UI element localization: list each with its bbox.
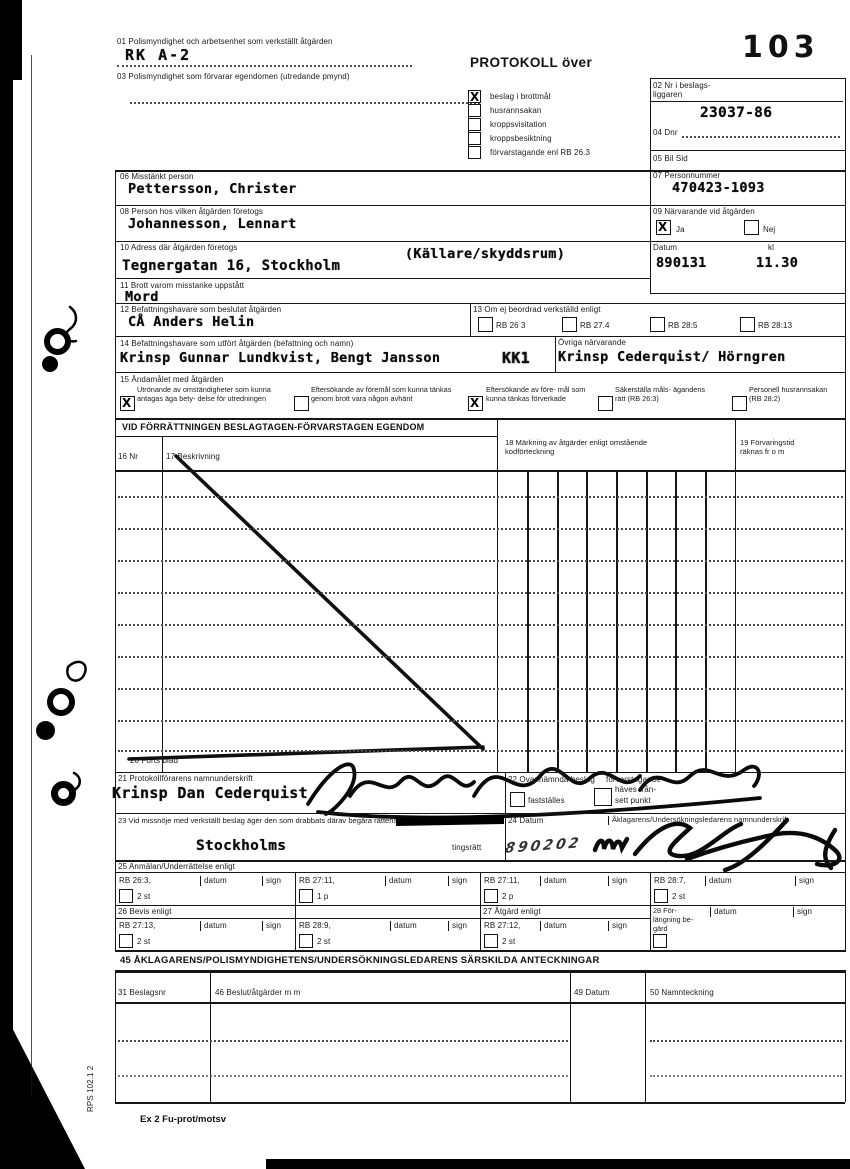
seizure-table-title: VID FÖRRÄTTNINGEN BESLAGTAGEN-FÖRVARSTAG… bbox=[122, 422, 424, 432]
kl-label: kl bbox=[768, 243, 774, 253]
field-02-value: 23037-86 bbox=[700, 105, 772, 121]
field-22-label2: förvarstagande bbox=[606, 775, 661, 785]
count-label: 2 p bbox=[502, 892, 513, 902]
field-07-value: 470423-1093 bbox=[672, 180, 765, 196]
checkbox-25-4 bbox=[654, 889, 668, 903]
field-10-value: Tegnergatan 16, Stockholm bbox=[122, 258, 340, 274]
dotted-rule bbox=[130, 102, 480, 104]
field-26-label: 26 Bevis enligt bbox=[118, 907, 172, 917]
scanned-police-protocol: 103 01 Polismyndighet och arbetsenhet so… bbox=[0, 0, 850, 1169]
rb-cell-label: RB 27:12, bbox=[484, 921, 520, 931]
rb-cell-label: RB 28:7, bbox=[654, 876, 686, 886]
field-04-label: 04 Dnr bbox=[653, 128, 678, 138]
rb-cell-label: RB 28:9, bbox=[299, 921, 331, 931]
datum-col-label: datum bbox=[710, 907, 737, 917]
checkbox-kroppsbesiktning bbox=[468, 132, 481, 145]
datum-col-label: datum bbox=[200, 876, 227, 886]
haves-label-2: sett punkt bbox=[615, 796, 651, 806]
col31-header: 31 Beslagsnr bbox=[118, 988, 166, 998]
field-14-value: Krinsp Gunnar Lundkvist, Bengt Jansson bbox=[120, 350, 440, 366]
checkbox-27 bbox=[484, 934, 498, 948]
nej-label: Nej bbox=[763, 225, 775, 235]
checkmark: X bbox=[122, 396, 131, 410]
col50-header: 50 Namnteckning bbox=[650, 988, 714, 998]
field-14-label: 14 Befattningshavare som utfört åtgärden… bbox=[120, 339, 353, 349]
checkbox-28 bbox=[653, 934, 667, 948]
field-10-note: (Källare/skyddsrum) bbox=[405, 246, 565, 262]
rb-cell-label: RB 26:3, bbox=[119, 876, 151, 886]
field-12-value: CÅ Anders Helin bbox=[128, 314, 254, 330]
col49-header: 49 Datum bbox=[574, 988, 609, 998]
checklist-item: husrannsakan bbox=[490, 106, 541, 116]
checkmark: X bbox=[470, 90, 479, 104]
field-01-value: RK A-2 bbox=[125, 46, 191, 64]
haves-label-1: häves från- bbox=[615, 785, 656, 795]
field-21-value: Krinsp Dan Cederquist bbox=[112, 784, 308, 802]
datum-col-label: datum bbox=[540, 921, 567, 931]
rb-option: RB 28:5 bbox=[668, 321, 698, 331]
sign-col-label: sign bbox=[795, 876, 814, 886]
rb-cell-label: RB 27:11, bbox=[484, 876, 520, 886]
checkbox-forvarstagande bbox=[468, 146, 481, 159]
count-label: 1 p bbox=[317, 892, 328, 902]
dotted-rule bbox=[682, 136, 840, 138]
purpose-option: Utrönande av omständigheter som kunna an… bbox=[137, 385, 285, 403]
checklist-item: kroppsvisitation bbox=[490, 120, 547, 130]
checklist-item: förvarstagande enl RB 26.3 bbox=[490, 148, 590, 158]
count-label: 2 st bbox=[672, 892, 685, 902]
count-label: 2 st bbox=[137, 937, 150, 947]
checkbox-purpose-4 bbox=[598, 396, 613, 411]
others-label: Övriga närvarande bbox=[558, 338, 626, 348]
purpose-option: Eftersökande av före- mål som kunna tänk… bbox=[486, 385, 586, 403]
rb-cell-label: RB 27:11, bbox=[299, 876, 335, 886]
margin-scribbles bbox=[40, 295, 100, 815]
field-08-value: Johannesson, Lennart bbox=[128, 216, 297, 232]
datum-col-label: datum bbox=[200, 921, 227, 931]
sign-col-label: sign bbox=[262, 876, 281, 886]
checkbox-25-2 bbox=[299, 889, 313, 903]
kl-value: 11.30 bbox=[756, 255, 798, 271]
field-21-label: 21 Protokollförarens namnunderskrift bbox=[118, 774, 253, 784]
others-value: Krinsp Cederquist/ Hörngren bbox=[558, 349, 786, 365]
datum-label: Datum bbox=[653, 243, 677, 253]
checkmark: X bbox=[470, 396, 479, 410]
sign-col-label: sign bbox=[608, 921, 627, 931]
checkbox-husrannsakan bbox=[468, 104, 481, 117]
copy-label: Ex 2 Fu-prot/motsv bbox=[140, 1114, 226, 1125]
datum-col-label: datum bbox=[385, 876, 412, 886]
form-code: RPS 102.1 2 bbox=[86, 1066, 96, 1112]
datum-col-label: datum bbox=[705, 876, 732, 886]
rb-option: RB 26 3 bbox=[496, 321, 526, 331]
checkbox-25-3 bbox=[484, 889, 498, 903]
crossout-lines bbox=[112, 438, 532, 778]
field-45-heading: 45 ÅKLAGARENS/POLISMYNDIGHETENS/UNDERSÖK… bbox=[120, 955, 600, 966]
field-05-label: 05 Bil Sid bbox=[653, 154, 688, 164]
checkbox-nej bbox=[744, 220, 759, 235]
sign-col-label: sign bbox=[793, 907, 812, 917]
sign-col-label: sign bbox=[262, 921, 281, 931]
signature-aklagare bbox=[535, 812, 850, 872]
protokoll-title: PROTOKOLL över bbox=[470, 55, 592, 70]
checkbox-purpose-5 bbox=[732, 396, 747, 411]
sign-col-label: sign bbox=[448, 921, 467, 931]
datum-col-label: datum bbox=[540, 876, 567, 886]
field-28-label: 28 För- längning be- gärd bbox=[653, 906, 701, 933]
count-label: 2 st bbox=[502, 937, 515, 947]
checkbox-kroppsvisitation bbox=[468, 118, 481, 131]
sign-col-label: sign bbox=[608, 876, 627, 886]
checkbox-26-1 bbox=[119, 934, 133, 948]
checkbox-faststalles bbox=[510, 792, 525, 807]
count-label: 2 st bbox=[137, 892, 150, 902]
rb-option: RB 28:13 bbox=[758, 321, 792, 331]
field-03-label: 03 Polismyndighet som förvarar egendomen… bbox=[117, 72, 350, 82]
faststalles-label: fastställes bbox=[528, 796, 565, 806]
tingsratt-label: tingsrätt bbox=[452, 843, 481, 853]
purpose-option: Säkerställa måls- ägandens rätt (RB 26:3… bbox=[615, 385, 707, 403]
field-22-label: 22 Ovannämnda beslag bbox=[508, 775, 595, 785]
field-10-label: 10 Adress där åtgärden företogs bbox=[120, 243, 237, 253]
field-15-label: 15 Ändamålet med åtgärden bbox=[120, 375, 223, 385]
checkmark: X bbox=[658, 220, 667, 234]
checkbox-rb274 bbox=[562, 317, 577, 332]
purpose-option: Eftersökande av föremål som kunna tänkas… bbox=[311, 385, 453, 403]
field-23-value: Stockholms bbox=[196, 838, 286, 854]
redaction-bar bbox=[396, 815, 504, 826]
rb-cell-label: RB 27:13, bbox=[119, 921, 155, 931]
field-06-value: Pettersson, Christer bbox=[128, 181, 297, 197]
datum-value: 890131 bbox=[656, 255, 707, 271]
checklist-item: beslag i brottmål bbox=[490, 92, 550, 102]
field-14-extra: KK1 bbox=[502, 349, 530, 367]
checkbox-rb2813 bbox=[740, 317, 755, 332]
datum-col-label: datum bbox=[390, 921, 417, 931]
field-27-label: 27 Åtgärd enligt bbox=[483, 907, 541, 917]
col19-header: 19 Förvaringstid räknas fr o m bbox=[740, 438, 812, 457]
dotted-rule bbox=[117, 65, 412, 67]
rb-option: RB 27.4 bbox=[580, 321, 610, 331]
checkbox-purpose-2 bbox=[294, 396, 309, 411]
checkbox-26-2 bbox=[299, 934, 313, 948]
checkbox-rb285 bbox=[650, 317, 665, 332]
sign-col-label: sign bbox=[448, 876, 467, 886]
page-number: 103 bbox=[742, 30, 820, 65]
field-25-label: 25 Anmälan/Underrättelse enligt bbox=[118, 862, 235, 872]
field-09-label: 09 Närvarande vid åtgärden bbox=[653, 207, 755, 217]
field-13-label: 13 Om ej beordrad verkställd enligt bbox=[473, 305, 601, 315]
count-label: 2 st bbox=[317, 937, 330, 947]
checkbox-25-1 bbox=[119, 889, 133, 903]
col46-header: 46 Beslut/åtgärder m m bbox=[215, 988, 300, 998]
checklist-item: kroppsbesiktning bbox=[490, 134, 552, 144]
ja-label: Ja bbox=[676, 225, 685, 235]
checkbox-rb263 bbox=[478, 317, 493, 332]
checkbox-haves bbox=[594, 788, 612, 806]
field-02-label2: liggaren bbox=[653, 90, 682, 100]
purpose-option: Personell husrannsakan (RB 28:2) bbox=[749, 385, 837, 403]
